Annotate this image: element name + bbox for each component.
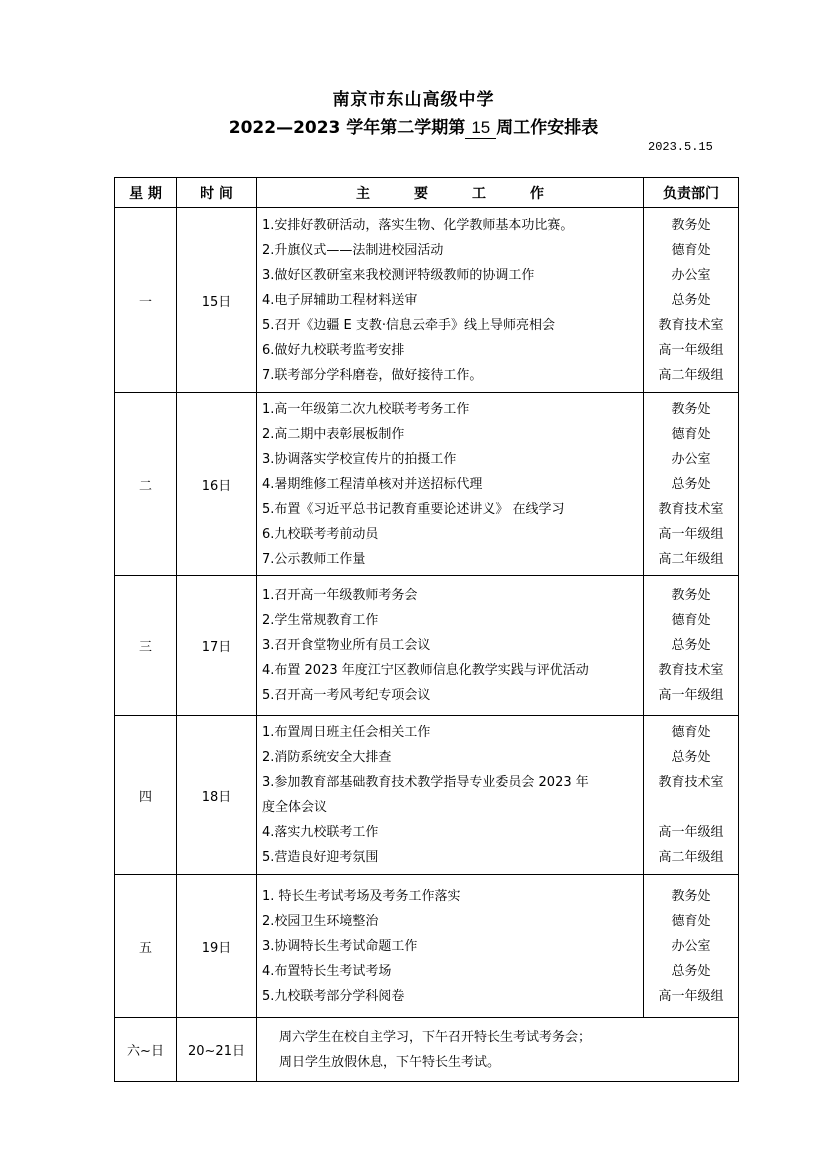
department-item: 高一年级组 <box>644 522 738 547</box>
header-weekday: 星 期 <box>115 178 177 208</box>
weekday-cell: 四 <box>115 716 177 875</box>
task-item: 2.消防系统安全大排查 <box>262 745 643 770</box>
department-item: 高一年级组 <box>644 820 738 845</box>
title-prefix: 2022—2023 学年第二学期第 <box>229 118 466 138</box>
date-cell: 16日 <box>177 393 257 576</box>
table-row: 三 17日 1.召开高一年级教师考务会2.学生常规教育工作3.召开食堂物业所有员… <box>115 576 739 716</box>
task-item: 3.协调落实学校宣传片的拍摄工作 <box>262 447 643 472</box>
date-cell: 17日 <box>177 576 257 716</box>
department-item: 高二年级组 <box>644 363 738 388</box>
departments-cell: 教务处德育处办公室总务处高一年级组 <box>644 875 739 1018</box>
department-item: 德育处 <box>644 720 738 745</box>
department-item: 高二年级组 <box>644 845 738 870</box>
task-item: 1. 特长生考试考场及考务工作落实 <box>262 884 643 909</box>
task-item: 3.协调特长生考试命题工作 <box>262 934 643 959</box>
table-header-row: 星 期 时 间 主要工作 负责部门 <box>115 178 739 208</box>
weekend-notes-cell: 周六学生在校自主学习，下午召开特长生考试考务会；周日学生放假休息，下午特长生考试… <box>257 1018 739 1082</box>
department-item: 教务处 <box>644 397 738 422</box>
departments-cell: 教务处德育处办公室总务处教育技术室高一年级组高二年级组 <box>644 208 739 393</box>
department-item: 教务处 <box>644 583 738 608</box>
table-row: 四 18日 1.布置周日班主任会相关工作2.消防系统安全大排查3.参加教育部基础… <box>115 716 739 875</box>
task-item: 2.校园卫生环境整治 <box>262 909 643 934</box>
task-item: 6.做好九校联考监考安排 <box>262 338 643 363</box>
department-item: 德育处 <box>644 238 738 263</box>
date-cell: 18日 <box>177 716 257 875</box>
department-item: 总务处 <box>644 288 738 313</box>
weekly-schedule-table: 星 期 时 间 主要工作 负责部门 一 15日 1.安排好教研活动，落实生物、化… <box>114 177 739 1082</box>
task-item: 5.营造良好迎考氛围 <box>262 845 643 870</box>
title-suffix: 周工作安排表 <box>496 118 598 138</box>
weekday-cell: 六~日 <box>115 1018 177 1082</box>
tasks-cell: 1. 特长生考试考场及考务工作落实2.校园卫生环境整治3.协调特长生考试命题工作… <box>257 875 644 1018</box>
task-item: 5.召开高一考风考纪专项会议 <box>262 683 643 708</box>
weekday-cell: 一 <box>115 208 177 393</box>
task-item: 1.召开高一年级教师考务会 <box>262 583 643 608</box>
department-item: 教育技术室 <box>644 658 738 683</box>
document-date: 2023.5.15 <box>648 140 713 154</box>
departments-cell: 德育处总务处教育技术室高一年级组高二年级组 <box>644 716 739 875</box>
tasks-cell: 1.布置周日班主任会相关工作2.消防系统安全大排查3.参加教育部基础教育技术教学… <box>257 716 644 875</box>
department-item: 总务处 <box>644 959 738 984</box>
date-cell: 15日 <box>177 208 257 393</box>
header-main-work: 主要工作 <box>257 178 644 208</box>
departments-cell: 教务处德育处总务处教育技术室高一年级组 <box>644 576 739 716</box>
task-item: 6.九校联考考前动员 <box>262 522 643 547</box>
task-item: 2.升旗仪式——法制进校园活动 <box>262 238 643 263</box>
task-item: 1.高一年级第二次九校联考考务工作 <box>262 397 643 422</box>
department-item: 教育技术室 <box>644 497 738 522</box>
task-item: 5.召开《边疆 E 支教·信息云牵手》线上导师亮相会 <box>262 313 643 338</box>
tasks-cell: 1.召开高一年级教师考务会2.学生常规教育工作3.召开食堂物业所有员工会议4.布… <box>257 576 644 716</box>
task-item: 1.安排好教研活动，落实生物、化学教师基本功比赛。 <box>262 213 643 238</box>
weekday-cell: 三 <box>115 576 177 716</box>
schedule-title: 2022—2023 学年第二学期第15周工作安排表 <box>0 113 827 139</box>
table-row: 五 19日 1. 特长生考试考场及考务工作落实2.校园卫生环境整治3.协调特长生… <box>115 875 739 1018</box>
school-name: 南京市东山高级中学 <box>0 85 827 110</box>
task-item: 4.电子屏辅助工程材料送审 <box>262 288 643 313</box>
header-time: 时 间 <box>177 178 257 208</box>
departments-cell: 教务处德育处办公室总务处教育技术室高一年级组高二年级组 <box>644 393 739 576</box>
task-item: 2.学生常规教育工作 <box>262 608 643 633</box>
task-item: 4.落实九校联考工作 <box>262 820 643 845</box>
week-number: 15 <box>465 118 496 139</box>
task-item: 5.布置《习近平总书记教育重要论述讲义》 在线学习 <box>262 497 643 522</box>
department-item: 教务处 <box>644 884 738 909</box>
department-item: 办公室 <box>644 934 738 959</box>
department-item: 高一年级组 <box>644 338 738 363</box>
weekend-note: 周六学生在校自主学习，下午召开特长生考试考务会； <box>279 1025 738 1050</box>
task-item: 3.做好区教研室来我校测评特级教师的协调工作 <box>262 263 643 288</box>
department-item: 高二年级组 <box>644 547 738 572</box>
task-item: 4.暑期维修工程清单核对并送招标代理 <box>262 472 643 497</box>
weekend-note: 周日学生放假休息，下午特长生考试。 <box>279 1050 738 1075</box>
department-item: 德育处 <box>644 422 738 447</box>
department-item: 总务处 <box>644 633 738 658</box>
task-item: 度全体会议 <box>262 795 643 820</box>
task-item: 4.布置特长生考试考场 <box>262 959 643 984</box>
department-item: 教育技术室 <box>644 313 738 338</box>
date-cell: 20~21日 <box>177 1018 257 1082</box>
department-item: 高一年级组 <box>644 683 738 708</box>
tasks-cell: 1.高一年级第二次九校联考考务工作2.高二期中表彰展板制作3.协调落实学校宣传片… <box>257 393 644 576</box>
department-item: 教育技术室 <box>644 770 738 795</box>
task-item: 2.高二期中表彰展板制作 <box>262 422 643 447</box>
department-item: 德育处 <box>644 608 738 633</box>
weekend-row: 六~日20~21日周六学生在校自主学习，下午召开特长生考试考务会；周日学生放假休… <box>115 1018 739 1082</box>
header-department: 负责部门 <box>644 178 739 208</box>
department-item: 总务处 <box>644 745 738 770</box>
date-cell: 19日 <box>177 875 257 1018</box>
department-item: 办公室 <box>644 263 738 288</box>
department-item <box>644 795 738 820</box>
department-item: 教务处 <box>644 213 738 238</box>
weekday-cell: 二 <box>115 393 177 576</box>
department-item: 总务处 <box>644 472 738 497</box>
task-item: 1.布置周日班主任会相关工作 <box>262 720 643 745</box>
task-item: 7.公示教师工作量 <box>262 547 643 572</box>
task-item: 7.联考部分学科磨卷，做好接待工作。 <box>262 363 643 388</box>
weekday-cell: 五 <box>115 875 177 1018</box>
department-item: 办公室 <box>644 447 738 472</box>
task-item: 3.召开食堂物业所有员工会议 <box>262 633 643 658</box>
department-item: 德育处 <box>644 909 738 934</box>
table-row: 一 15日 1.安排好教研活动，落实生物、化学教师基本功比赛。2.升旗仪式——法… <box>115 208 739 393</box>
tasks-cell: 1.安排好教研活动，落实生物、化学教师基本功比赛。2.升旗仪式——法制进校园活动… <box>257 208 644 393</box>
task-item: 5.九校联考部分学科阅卷 <box>262 984 643 1009</box>
table-row: 二 16日 1.高一年级第二次九校联考考务工作2.高二期中表彰展板制作3.协调落… <box>115 393 739 576</box>
department-item: 高一年级组 <box>644 984 738 1009</box>
task-item: 4.布置 2023 年度江宁区教师信息化教学实践与评优活动 <box>262 658 643 683</box>
task-item: 3.参加教育部基础教育技术教学指导专业委员会 2023 年 <box>262 770 643 795</box>
